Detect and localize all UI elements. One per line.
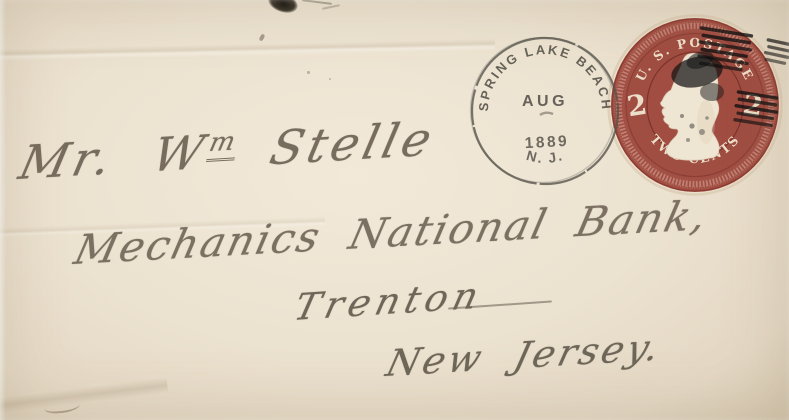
recipient-name: Stelle: [265, 112, 441, 176]
postmark: SPRING LAKE BEACH AUG 1889 N. J.: [471, 38, 619, 185]
postmark-day-smudge: [540, 113, 553, 115]
postmark-month: AUG: [522, 93, 568, 110]
envelope-photo: U. S. POSTAGE · TWO CENTS · 2 2: [0, 0, 789, 420]
portrait-shading: [697, 100, 715, 144]
